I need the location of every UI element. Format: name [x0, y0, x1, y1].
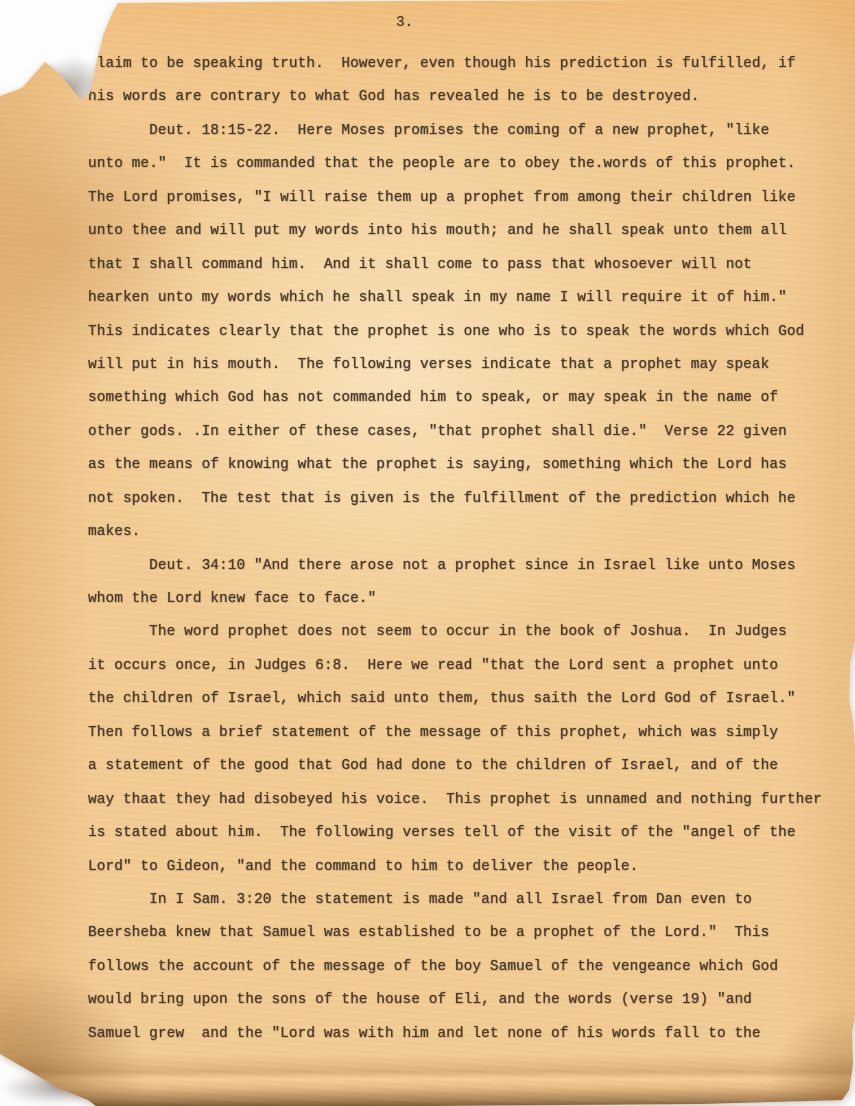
text-line: follows the account of the message of th…	[88, 951, 828, 984]
text-line: that I shall command him. And it shall c…	[88, 249, 828, 282]
text-line: Then follows a brief statement of the me…	[88, 717, 828, 750]
text-line: makes.	[88, 516, 828, 549]
text-line: the children of Israel, which said unto …	[88, 683, 828, 716]
text-line: Lord" to Gideon, "and the command to him…	[88, 851, 828, 884]
text-line: would bring upon the sons of the house o…	[88, 984, 828, 1017]
text-line: a statement of the good that God had don…	[88, 750, 828, 783]
document-page: 3. claim to be speaking truth. However, …	[0, 0, 855, 1106]
text-line: hearken unto my words which he shall spe…	[88, 282, 828, 315]
text-line: unto me." It is commanded that the peopl…	[88, 148, 828, 181]
text-line: will put in his mouth. The following ver…	[88, 349, 828, 382]
paper-wrapper: 3. claim to be speaking truth. However, …	[0, 0, 855, 1106]
document-body: claim to be speaking truth. However, eve…	[88, 48, 828, 1051]
text-line: his words are contrary to what God has r…	[88, 81, 828, 114]
page-number: 3.	[396, 14, 413, 32]
text-line: not spoken. The test that is given is th…	[88, 483, 828, 516]
text-line: This indicates clearly that the prophet …	[88, 316, 828, 349]
text-line: something which God has not commanded hi…	[88, 382, 828, 415]
text-line: whom the Lord knew face to face."	[88, 583, 828, 616]
text-line: Deut. 34:10 "And there arose not a proph…	[88, 550, 828, 583]
photo-background: 3. claim to be speaking truth. However, …	[0, 0, 855, 1106]
text-line: Beersheba knew that Samuel was establish…	[88, 917, 828, 950]
text-line: way thaat they had disobeyed his voice. …	[88, 784, 828, 817]
text-line: is stated about him. The following verse…	[88, 817, 828, 850]
text-line: Deut. 18:15-22. Here Moses promises the …	[88, 115, 828, 148]
text-line: as the means of knowing what the prophet…	[88, 449, 828, 482]
text-line: it occurs once, in Judges 6:8. Here we r…	[88, 650, 828, 683]
text-line: other gods. .In either of these cases, "…	[88, 416, 828, 449]
text-line: unto thee and will put my words into his…	[88, 215, 828, 248]
text-line: The word prophet does not seem to occur …	[88, 616, 828, 649]
text-line: Samuel grew and the "Lord was with him a…	[88, 1018, 828, 1051]
text-line: In I Sam. 3:20 the statement is made "an…	[88, 884, 828, 917]
text-line: The Lord promises, "I will raise them up…	[88, 182, 828, 215]
text-line: claim to be speaking truth. However, eve…	[88, 48, 828, 81]
